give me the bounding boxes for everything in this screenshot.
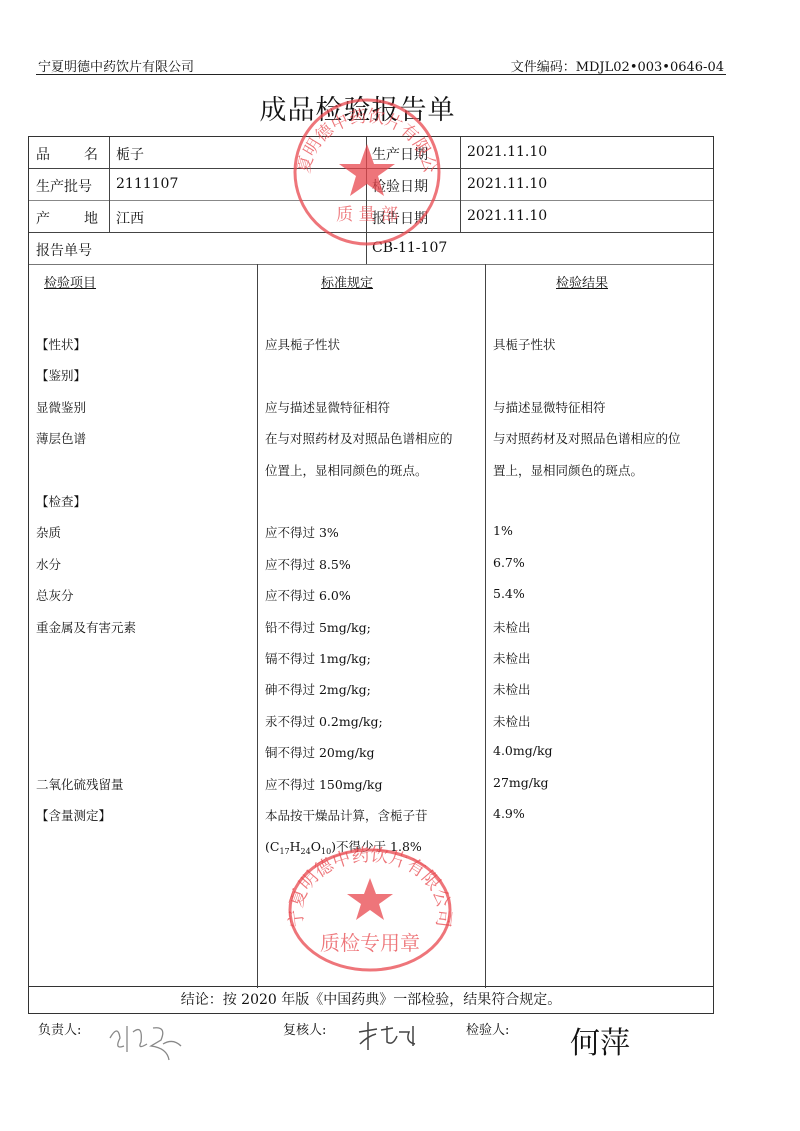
report-table: 品名 栀子 生产批号 2111107 产地 江西 报告单号 CB-11-107 … — [28, 136, 714, 987]
report-no-value: CB-11-107 — [372, 240, 447, 256]
origin-value: 江西 — [116, 208, 144, 228]
report-date-value: 2021.11.10 — [467, 208, 547, 224]
row-item: 【性状】 — [36, 335, 86, 353]
row-standard: 应与描述显微特征相符 — [265, 398, 390, 416]
row-standard: 在与对照药材及对照品色谱相应的 — [265, 429, 453, 447]
assay-formula: (C17H24O10)不得少于 1.8% — [265, 837, 422, 856]
inspector-label: 检验人: — [466, 1019, 509, 1038]
row-standard: 砷不得过 2mg/kg; — [265, 680, 371, 698]
row-result: 27mg/kg — [493, 775, 549, 790]
row-standard: 铅不得过 5mg/kg; — [265, 618, 371, 636]
row-result: 4.9% — [493, 806, 525, 821]
row-standard: 应不得过 8.5% — [265, 555, 351, 573]
row-result: 与对照药材及对照品色谱相应的位 — [493, 429, 681, 447]
column-header-standard: 标准规定 — [321, 272, 373, 291]
row-item: 重金属及有害元素 — [36, 618, 136, 636]
row-result: 未检出 — [493, 712, 531, 730]
reviewer-label: 复核人: — [283, 1019, 326, 1038]
prod-date-value: 2021.11.10 — [467, 144, 547, 160]
row-item: 【检查】 — [36, 492, 86, 510]
row-result: 5.4% — [493, 586, 525, 601]
column-header-item: 检验项目 — [44, 272, 96, 291]
company-name: 宁夏明德中药饮片有限公司 — [38, 56, 194, 75]
row-item: 二氧化硫残留量 — [36, 775, 124, 793]
inspect-date-label: 检验日期 — [372, 176, 428, 196]
row-standard: 铜不得过 20mg/kg — [265, 743, 375, 761]
row-result: 4.0mg/kg — [493, 743, 553, 758]
document-code: 文件编码：MDJL02•003•0646-04 — [511, 56, 724, 75]
row-item: 杂质 — [36, 523, 61, 541]
row-item: 水分 — [36, 555, 61, 573]
row-standard: 本品按干燥品计算，含栀子苷 — [265, 806, 428, 824]
divider — [29, 200, 713, 201]
row-standard: 应具栀子性状 — [265, 335, 340, 353]
prod-date-label: 生产日期 — [372, 144, 428, 164]
row-item: 【含量测定】 — [36, 806, 111, 824]
row-item: 显微鉴别 — [36, 398, 86, 416]
report-title: 成品检验报告单 — [0, 88, 715, 127]
row-item: 总灰分 — [36, 586, 74, 604]
conclusion: 结论：按 2020 年版《中国药典》一部检验，结果符合规定。 — [28, 987, 714, 1014]
divider — [109, 137, 110, 232]
column-header-result: 检验结果 — [556, 272, 608, 291]
divider — [29, 232, 713, 233]
report-date-label: 报告日期 — [372, 208, 428, 228]
document-header: 宁夏明德中药饮片有限公司 文件编码：MDJL02•003•0646-04 — [36, 54, 726, 75]
row-result: 未检出 — [493, 649, 531, 667]
row-result: 未检出 — [493, 618, 531, 636]
row-result: 未检出 — [493, 680, 531, 698]
responsible-signature — [105, 1018, 195, 1063]
divider — [29, 264, 713, 265]
reviewer-signature — [355, 1018, 425, 1058]
row-standard: 位置上，显相同颜色的斑点。 — [265, 461, 428, 479]
divider — [366, 137, 367, 264]
inspect-date-value: 2021.11.10 — [467, 176, 547, 192]
row-result: 与描述显微特征相符 — [493, 398, 606, 416]
row-standard: 应不得过 6.0% — [265, 586, 351, 604]
responsible-label: 负责人: — [38, 1019, 81, 1038]
product-name-value: 栀子 — [116, 144, 144, 164]
row-standard: 应不得过 150mg/kg — [265, 775, 382, 793]
divider — [257, 264, 258, 988]
divider — [460, 137, 461, 232]
row-result: 置上，显相同颜色的斑点。 — [493, 461, 643, 479]
report-no-label: 报告单号 — [36, 240, 92, 260]
row-item: 【鉴别】 — [36, 366, 86, 384]
row-standard: 镉不得过 1mg/kg; — [265, 649, 371, 667]
origin-label: 产地 — [36, 208, 98, 228]
row-result: 6.7% — [493, 555, 525, 570]
inspector-signature: 何萍 — [570, 1018, 630, 1062]
divider — [29, 168, 713, 169]
row-standard: 应不得过 3% — [265, 523, 339, 541]
row-standard: 汞不得过 0.2mg/kg; — [265, 712, 383, 730]
product-name-label: 品名 — [36, 144, 98, 164]
row-item: 薄层色谱 — [36, 429, 86, 447]
batch-label: 生产批号 — [36, 176, 92, 196]
row-result: 1% — [493, 523, 513, 538]
divider — [485, 264, 486, 988]
batch-value: 2111107 — [116, 176, 178, 192]
row-result: 具栀子性状 — [493, 335, 556, 353]
